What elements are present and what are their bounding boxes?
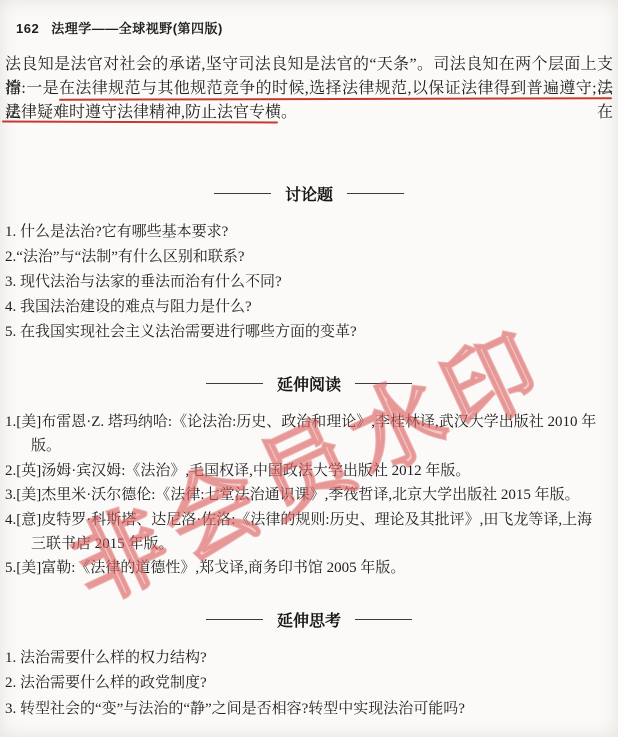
reference-line: 1.[美]布雷恩·Z. 塔玛纳哈:《论法治:历史、政治和理论》,李桂林译,武汉大… [5, 410, 617, 434]
list-item: 1. 什么是法治?它有哪些基本要求? [5, 220, 617, 245]
section-heading-reading: 延伸阅读 [0, 372, 618, 395]
list-item: 1. 法治需要什么样的权力结构? [5, 646, 617, 671]
reference-line: 3.[美]杰里米·沃尔德伦:《法律:七堂法治通识课》,季筏哲译,北京大学出版社 … [5, 483, 617, 507]
heading-rule-left [214, 193, 271, 194]
list-item: 2. 法治需要什么样的政党制度? [5, 671, 617, 696]
reference-line: 2.[英]汤姆·宾汉姆:《法治》,毛国权译,中国政法大学出版社 2012 年版。 [5, 459, 617, 483]
page-number: 162 [16, 21, 39, 36]
heading-rule-right [347, 193, 404, 194]
reference-line: 5.[美]富勒:《法律的道德性》,郑戈译,商务印书馆 2005 年版。 [5, 556, 617, 580]
thinking-question-list: 1. 法治需要什么样的权力结构? 2. 法治需要什么样的政党制度? 3. 转型社… [5, 646, 617, 722]
section-title: 讨论题 [285, 182, 333, 205]
list-item: 4. 我国法治建设的难点与阻力是什么? [5, 295, 617, 320]
reference-line-continuation: 版。 [5, 434, 617, 458]
list-item: 5. 在我国实现社会主义法治需要进行哪些方面的变革? [5, 320, 617, 345]
list-item: 3. 现代法治与法家的垂法而治有什么不同? [5, 270, 617, 295]
list-item: 3. 转型社会的“变”与法治的“静”之间是否相容?转型中实现法治可能吗? [5, 697, 617, 722]
section-title: 延伸阅读 [277, 372, 341, 395]
book-title: 法理学——全球视野(第四版) [51, 18, 223, 37]
reading-reference-list: 1.[美]布雷恩·Z. 塔玛纳哈:《论法治:历史、政治和理论》,李桂林译,武汉大… [5, 410, 617, 581]
heading-rule-left [206, 383, 263, 384]
section-title: 延伸思考 [277, 608, 341, 631]
reference-line-continuation: 三联书店 2015 年版。 [5, 532, 617, 556]
section-heading-thinking: 延伸思考 [0, 608, 618, 631]
paragraph-line: 法良知是法官对社会的承诺,坚守司法良知是法官的“天条”。司法良知在两个层面上支撑… [5, 53, 613, 77]
book-page: 162 法理学——全球视野(第四版) 法良知是法官对社会的承诺,坚守司法良知是法… [0, 0, 618, 737]
discussion-question-list: 1. 什么是法治?它有哪些基本要求? 2.“法治”与“法制”有什么区别和联系? … [5, 220, 617, 345]
reference-line: 4.[意]皮特罗·科斯塔、达尼洛·佐洛:《法律的规则:历史、理论及其批评》,田飞… [5, 508, 617, 532]
section-heading-discussion: 讨论题 [0, 182, 618, 205]
heading-rule-right [355, 619, 412, 620]
running-header: 162 法理学——全球视野(第四版) [16, 18, 223, 37]
list-item: 2.“法治”与“法制”有什么区别和联系? [5, 245, 617, 270]
heading-rule-left [206, 619, 263, 620]
heading-rule-right [355, 383, 412, 384]
